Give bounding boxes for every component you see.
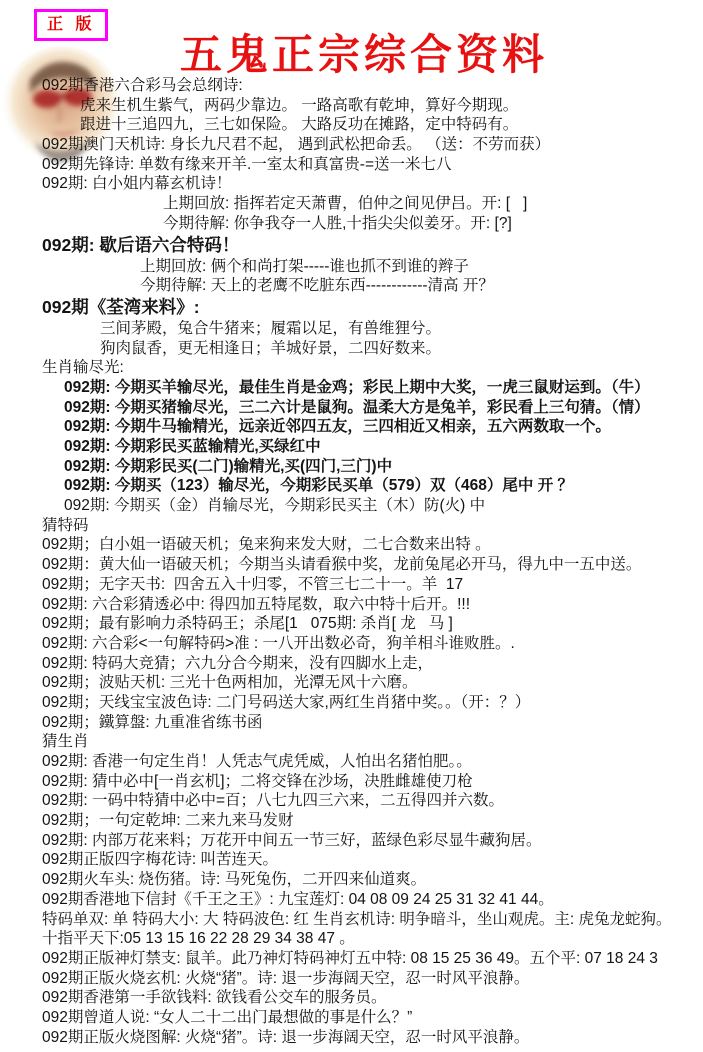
text-line: 狗肉鼠香，更无相逢日；羊城好景，二四好数来。: [0, 339, 703, 359]
authenticity-badge-label: 正 版: [47, 16, 95, 33]
text-line: 092期；天线宝宝波色诗: 二门号码送大家,两红生肖猪中奖。。（开：？）: [0, 693, 703, 713]
text-line: 092期：黄大仙一语破天机；今期当头请看猴中奖，龙前兔尾必开马，得九中一五中送。: [0, 555, 703, 575]
text-line: 092期: 今期彩民买(二门)输精光,买(四门,三门)中: [0, 457, 703, 477]
text-line: 三间茅殿，兔合牛猪来；履霜以足，有兽维狸兮。: [0, 319, 703, 339]
text-line: 虎来生机生紫气，两码少靠边。 一路高歌有乾坤，算好今期现。: [0, 96, 703, 116]
text-line: 上期回放: 俩个和尚打架-----谁也抓不到谁的辫子: [0, 257, 703, 277]
text-line: 092期: 六合彩猜透必中: 得四加五特尾数，取六中特十后开。!!!: [0, 595, 703, 615]
text-line: 092期: 香港一句定生肖！人凭志气虎凭威，人怕出名猪怕肥。。: [0, 752, 703, 772]
authenticity-badge: 正 版: [34, 9, 108, 41]
text-line: 092期火车头: 烧伤猪。诗: 马死兔伤，二开四来仙道爽。: [0, 870, 703, 890]
text-line: 092期正版四字梅花诗: 叫苦连天。: [0, 850, 703, 870]
text-line: 092期；无字天书: 四舍五入十归零，不管三七二十一。羊 17: [0, 575, 703, 595]
text-line: 092期正版火烧图解: 火烧“猪”。诗: 退一步海阔天空，忍一时风平浪静。: [0, 1028, 703, 1048]
text-line: 上期回放: 指挥若定天萧曹，伯仲之间见伊吕。开: [ ]: [0, 194, 703, 214]
text-line: 092期: 特码大竞猜；六九分合今期来，没有四脚水上走，: [0, 654, 703, 674]
text-line: 092期: 今期彩民买蓝输精光,买绿红中: [0, 437, 703, 457]
text-line: 092期: 一码中特猜中必中=百；八七九四三六来，二五得四并六数。: [0, 791, 703, 811]
text-line: 生肖输尽光:: [0, 358, 703, 378]
text-line: 092期；一句定乾坤: 二来九来马发财: [0, 811, 703, 831]
text-line: 092期: 白小姐内幕玄机诗！: [0, 174, 703, 194]
text-line: 092期香港地下信封《千王之王》: 九宝莲灯: 04 08 09 24 25 3…: [0, 890, 703, 910]
text-line: 092期香港第一手欲钱料: 欲钱看公交车的服务员。: [0, 988, 703, 1008]
text-line: 092期: 今期买（123）输尽光，今期彩民买单（579）双（468）尾中 开 …: [0, 476, 703, 496]
text-line: 092期: 今期牛马输精光，远亲近邻四五友，三四相近又相亲，五六两数取一个。: [0, 417, 703, 437]
text-line: 092期: 歇后语六合特码！: [0, 234, 703, 257]
text-line: 092期；鐵算盤: 九重准省练书函: [0, 713, 703, 733]
text-line: 092期: 今期买（金）肖输尽光，今期彩民买主（木）防(火) 中: [0, 496, 703, 516]
text-line: 092期: 六合彩<一句解特码>准 : 一八开出数必奇，狗羊相斗谁败胜。.: [0, 634, 703, 654]
text-line: 092期: 内部万花来料；万花开中间五一节三好，蓝绿色彩尽显牛藏狗居。: [0, 831, 703, 851]
text-line: 猜生肖: [0, 732, 703, 752]
text-line: 092期澳门天机诗: 身长九尺君不起， 遇到武松把命丢。 （送：不劳而获）: [0, 135, 703, 155]
text-line: 092期: 今期买羊输尽光，最佳生肖是金鸡；彩民上期中大奖，一虎三鼠财运到。（牛…: [0, 378, 703, 398]
text-line: 092期；波贴天机: 三光十色两相加，光潭无风十六磨。: [0, 673, 703, 693]
text-line: 092期先锋诗: 单数有缘来开羊.一室太和真富贵-=送一米七八: [0, 155, 703, 175]
text-line: 092期正版火烧玄机: 火烧“猪”。诗: 退一步海阔天空，忍一时风平浪静。: [0, 969, 703, 989]
text-line: 092期；白小姐一语破天机；兔来狗来发大财，二七合数来出特 。: [0, 535, 703, 555]
text-line: 092期正版神灯禁支: 鼠羊。此乃神灯特码神灯五中特: 08 15 25 36 …: [0, 949, 703, 969]
text-line: 猜特码: [0, 516, 703, 536]
page-title: 五鬼正宗综合资料: [180, 22, 548, 82]
text-line: 092期: 今期买猪输尽光，三二六计是鼠狗。温柔大方是兔羊，彩民看上三句猜。（情…: [0, 398, 703, 418]
text-line: 092期: 猜中必中[一肖玄机]；二将交锋在沙场，决胜雌雄使刀枪: [0, 772, 703, 792]
text-line: 092期曾道人说: “女人二十二出门最想做的事是什么？”: [0, 1008, 703, 1028]
text-line: 今期待解: 你争我夺一人胜,十指尖尖似姜牙。开: [?]: [0, 214, 703, 234]
page-root: 正 版 五鬼正宗综合资料 092期香港六合彩马会总纲诗:虎来生机生紫气，两码少靠…: [0, 0, 703, 1052]
text-line: 今期待解: 天上的老鹰不吃脏东西------------清高 开？: [0, 276, 703, 296]
content-lines: 092期香港六合彩马会总纲诗:虎来生机生紫气，两码少靠边。 一路高歌有乾坤，算好…: [0, 76, 703, 1047]
text-line: 092期；最有影响力杀特码王；杀尾[1 075期: 杀肖[ 龙 马 ]: [0, 614, 703, 634]
text-line: 特码单双: 单 特码大小: 大 特码波色: 红 生肖玄机诗: 明争暗斗，坐山观虎…: [0, 910, 703, 930]
text-line: 跟进十三追四九，三七如保险。 大路反功在摊路，定中特码有。: [0, 115, 703, 135]
text-line: 092期《荃湾来料》:: [0, 296, 703, 319]
text-line: 十指平天下:05 13 15 16 22 28 29 34 38 47 。: [0, 929, 703, 949]
